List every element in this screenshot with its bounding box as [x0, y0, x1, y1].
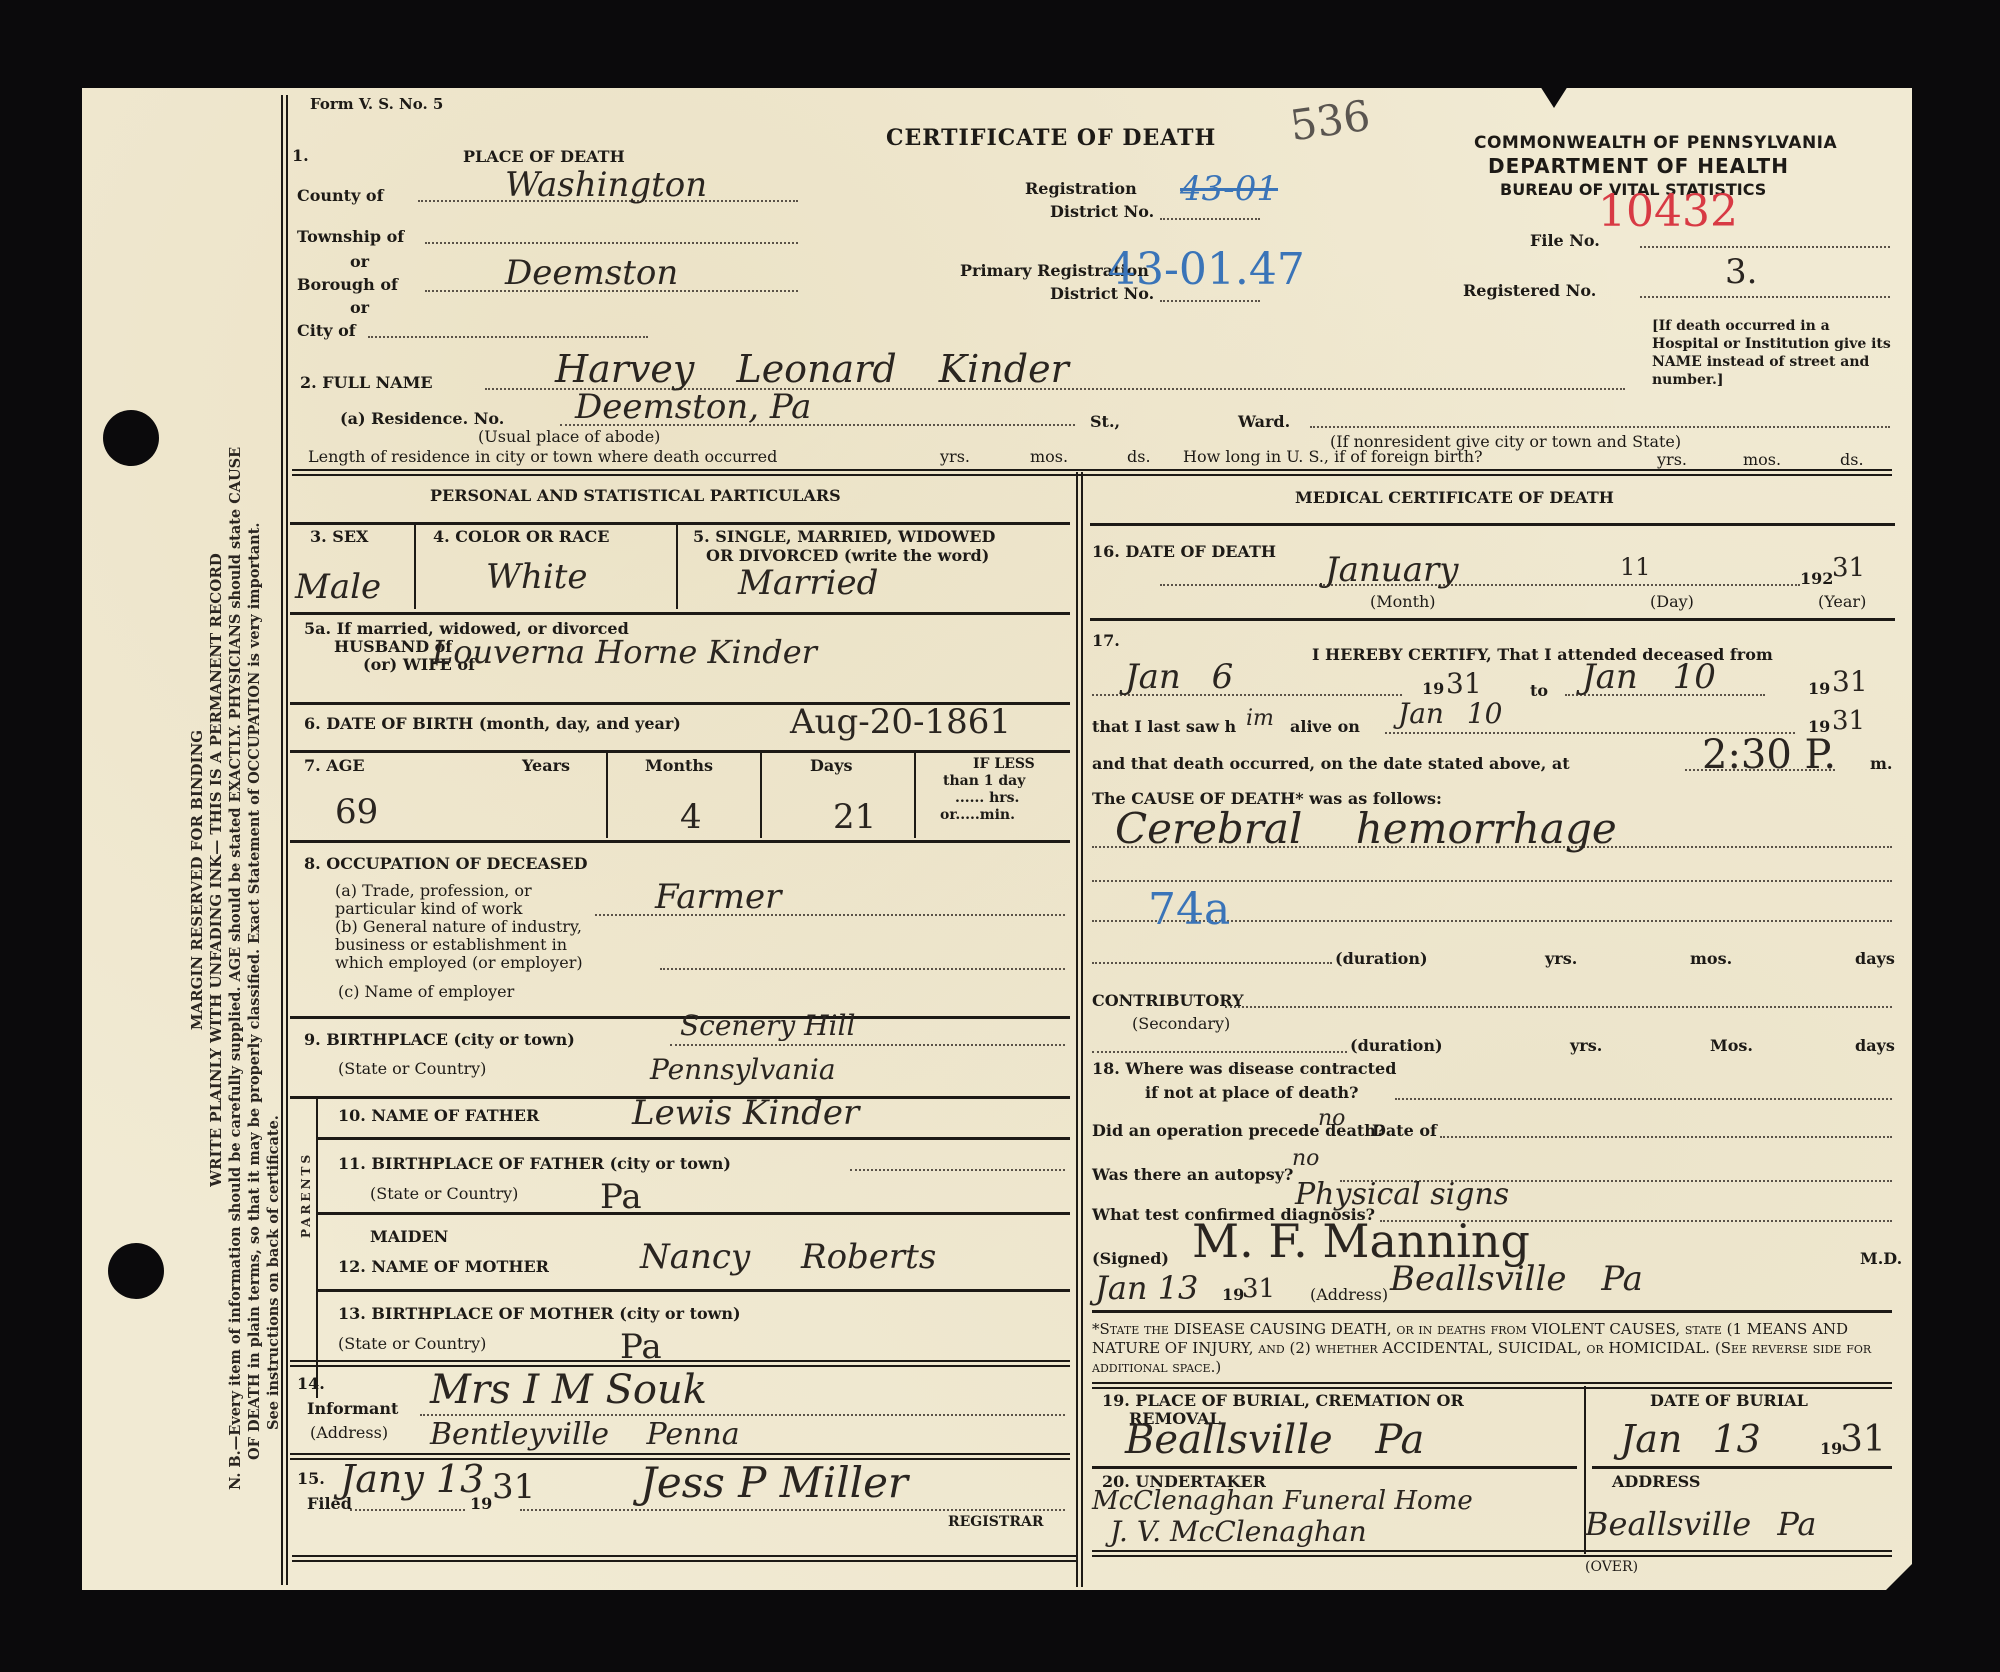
county-label: County of	[297, 187, 383, 205]
birthplace-state-label: (State or Country)	[338, 1060, 486, 1078]
county-value: Washington	[505, 168, 707, 202]
reg-district-label-2: District No.	[1050, 203, 1154, 221]
contributory-label: CONTRIBUTORY	[1092, 992, 1244, 1010]
undertaker-address-label: ADDRESS	[1612, 1473, 1700, 1491]
birthplace-city-value: Scenery Hill	[680, 1012, 855, 1040]
agency-line-1: COMMONWEALTH OF PENNSYLVANIA	[1474, 133, 1837, 153]
borough-value: Deemston	[505, 256, 678, 290]
cause-code: 74a	[1148, 888, 1230, 932]
date-of-death-day: 11	[1620, 555, 1651, 579]
paper-notch	[1540, 86, 1568, 108]
operation-date-field[interactable]	[1440, 1136, 1892, 1138]
city-label: City of	[297, 322, 356, 340]
burial-place-value: Beallsville Pa	[1125, 1420, 1424, 1460]
usual-place-note: (Usual place of abode)	[478, 428, 660, 446]
attended-to-year: 31	[1832, 668, 1868, 696]
duration-label-1: (duration)	[1335, 950, 1428, 968]
ward-field[interactable]	[1310, 426, 1890, 428]
burial-year-prefix: 19	[1820, 1440, 1842, 1458]
occ-b-label-1: (b) General nature of industry,	[335, 918, 582, 936]
reg-district-label-1: Registration	[1025, 180, 1137, 198]
informant-number: 14.	[297, 1375, 325, 1393]
marital-label-1: 5. SINGLE, MARRIED, WIDOWED	[693, 528, 995, 546]
informant-label: Informant	[307, 1400, 398, 1418]
handwritten-page-number: 536	[1287, 95, 1372, 148]
duration-days-label-2: days	[1855, 1037, 1895, 1055]
physician-signature: M. F. Manning	[1192, 1218, 1530, 1264]
age-days-value: 21	[833, 800, 876, 834]
or-label-2: or	[350, 299, 369, 317]
row-rule-12	[318, 1289, 1070, 1292]
marital-value: Married	[738, 566, 878, 600]
race-value: White	[486, 560, 588, 594]
father-birthplace-label: 11. BIRTHPLACE OF FATHER (city or town)	[338, 1155, 731, 1173]
length-of-residence-label: Length of residence in city or town wher…	[308, 448, 777, 466]
undertaker-value-1: McClenaghan Funeral Home	[1092, 1488, 1473, 1514]
father-label: 10. NAME OF FATHER	[338, 1107, 539, 1125]
physician-address: Beallsville Pa	[1390, 1262, 1643, 1296]
township-field[interactable]	[425, 242, 798, 244]
primary-reg-field[interactable]	[1160, 300, 1260, 302]
occ-b-label-2: business or establishment in	[335, 936, 567, 954]
ward-label: Ward.	[1238, 413, 1290, 431]
duration-yrs-label-2: yrs.	[1570, 1037, 1602, 1055]
age-years-divider	[606, 752, 608, 838]
or-label-1: or	[350, 253, 369, 271]
filed-year-prefix: 19	[470, 1495, 492, 1513]
autopsy-label: Was there an autopsy?	[1092, 1166, 1293, 1184]
signed-date: Jan 13	[1095, 1272, 1198, 1304]
day-caption: (Day)	[1650, 593, 1694, 611]
md-label: M.D.	[1860, 1250, 1902, 1268]
registrar-label: REGISTRAR	[948, 1515, 1043, 1530]
contributory-duration-field[interactable]	[1092, 1051, 1347, 1053]
burial-date-value: Jan 13	[1620, 1420, 1761, 1458]
father-birthplace-city-field[interactable]	[850, 1169, 1065, 1171]
row-rule-11	[318, 1212, 1070, 1215]
spouse-value: Louverna Horne Kinder	[432, 636, 817, 668]
autopsy-value: no	[1292, 1148, 1319, 1170]
bottom-right-rule	[1092, 1550, 1892, 1557]
operation-value: no	[1318, 1108, 1345, 1130]
less-label-3: ...... hrs.	[955, 791, 1019, 806]
mother-birthplace-state-label: (State or Country)	[338, 1335, 486, 1353]
signed-year: 31	[1242, 1276, 1275, 1302]
duration-label-2: (duration)	[1350, 1037, 1443, 1055]
father-birthplace-state-label: (State or Country)	[370, 1185, 518, 1203]
race-marital-divider	[676, 522, 678, 609]
informant-address-value: Bentleyville Penna	[430, 1420, 740, 1450]
date-of-death-label: 16. DATE OF DEATH	[1092, 543, 1276, 561]
borough-label: Borough of	[297, 276, 398, 294]
binder-hole-top	[103, 410, 159, 466]
medical-heading: MEDICAL CERTIFICATE OF DEATH	[1295, 489, 1614, 507]
agency-line-2: DEPARTMENT OF HEALTH	[1488, 154, 1789, 178]
full-name-label: 2. FULL NAME	[300, 374, 433, 392]
row-rule-19-right	[1592, 1466, 1892, 1469]
contributory-field[interactable]	[1225, 1006, 1892, 1008]
less-label-1: IF LESS	[973, 757, 1035, 772]
residence-value: Deemston, Pa	[575, 390, 811, 424]
row-rule-16	[1090, 618, 1895, 621]
cause-duration-field[interactable]	[1092, 962, 1332, 964]
binder-hole-bottom	[108, 1243, 164, 1299]
secondary-label: (Secondary)	[1132, 1015, 1230, 1033]
attended-from-year-prefix: 19	[1422, 680, 1444, 698]
informant-field[interactable]	[420, 1414, 1065, 1416]
contracted-field[interactable]	[1395, 1098, 1892, 1100]
burial-year: 31	[1840, 1422, 1886, 1458]
row-rule-signed	[1092, 1310, 1892, 1313]
row-rule-7	[290, 840, 1070, 843]
attended-from-year: 31	[1446, 670, 1482, 698]
form-left-border	[281, 95, 288, 1585]
informant-address-label: (Address)	[310, 1424, 388, 1442]
parents-divider	[316, 1098, 318, 1398]
last-saw-year: 31	[1832, 708, 1865, 734]
burial-place-label-1: 19. PLACE OF BURIAL, CREMATION OR	[1102, 1392, 1464, 1410]
attended-to-label: to	[1530, 682, 1548, 700]
contracted-label-1: 18. Where was disease contracted	[1092, 1060, 1396, 1078]
mother-birthplace-label: 13. BIRTHPLACE OF MOTHER (city or town)	[338, 1305, 741, 1323]
days-label: Days	[810, 757, 853, 775]
father-birthplace-state-value: Pa	[600, 1180, 642, 1214]
residence-label: (a) Residence. No.	[340, 410, 504, 428]
bottom-left-rule	[292, 1555, 1076, 1562]
certificate-title: CERTIFICATE OF DEATH	[886, 126, 1216, 150]
duration-yrs-label-1: yrs.	[1545, 950, 1577, 968]
item-17-number: 17.	[1092, 632, 1120, 650]
duration-mos-label-1: mos.	[1690, 950, 1732, 968]
test-confirmed-value: Physical signs	[1295, 1180, 1509, 1210]
mother-birthplace-state-value: Pa	[620, 1330, 662, 1364]
signed-label: (Signed)	[1092, 1250, 1169, 1268]
sex-race-divider	[414, 522, 416, 609]
row-rule-3	[290, 612, 1070, 615]
attended-to-year-prefix: 19	[1808, 680, 1830, 698]
informant-value: Mrs I M Souk	[430, 1370, 707, 1410]
date-of-death-year: 31	[1832, 555, 1865, 581]
mother-label: 12. NAME OF MOTHER	[338, 1258, 549, 1276]
medical-heading-rule	[1090, 523, 1895, 526]
burial-date-label: DATE OF BURIAL	[1650, 1392, 1808, 1410]
birthplace-city-field[interactable]	[670, 1044, 1065, 1046]
death-time-value: 2:30 P.	[1702, 735, 1836, 775]
death-time-label: and that death occurred, on the date sta…	[1092, 755, 1570, 773]
age-days-divider	[914, 752, 916, 838]
date-of-death-year-prefix: 192	[1800, 570, 1833, 588]
dob-label: 6. DATE OF BIRTH (month, day, and year)	[304, 715, 681, 733]
row-rule-10	[318, 1137, 1070, 1140]
last-saw-date-value: Jan 10	[1398, 700, 1502, 728]
primary-reg-value: 43-01.47	[1108, 248, 1305, 292]
over-label: (OVER)	[1585, 1560, 1638, 1575]
undertaker-value-2: J. V. McClenaghan	[1110, 1518, 1367, 1546]
last-saw-pronoun: im	[1246, 708, 1274, 730]
us-mos-label: mos.	[1743, 451, 1781, 469]
form-number: Form V. S. No. 5	[310, 96, 443, 113]
age-months-divider	[760, 752, 762, 838]
occ-b-label-3: which employed (or employer)	[335, 954, 583, 972]
duration-days-label-1: days	[1855, 950, 1895, 968]
personal-heading: PERSONAL AND STATISTICAL PARTICULARS	[430, 487, 841, 505]
top-section-divider	[292, 469, 1892, 476]
personal-heading-rule	[290, 522, 1070, 525]
occupation-trade-value: Farmer	[655, 880, 781, 914]
years-label: Years	[522, 757, 570, 775]
mother-value: Nancy Roberts	[640, 1240, 936, 1274]
length-mos-label: mos.	[1030, 448, 1068, 466]
age-months-value: 4	[680, 800, 702, 834]
operation-date-of-label: Date of	[1372, 1122, 1437, 1140]
duration-mos-label-2: Mos.	[1710, 1037, 1753, 1055]
row-rule-13	[290, 1360, 1070, 1367]
registrar-signature-field[interactable]	[520, 1509, 1065, 1511]
city-field[interactable]	[368, 336, 648, 338]
cause-of-death-value: Cerebral hemorrhage	[1115, 808, 1617, 850]
filed-date-field[interactable]	[350, 1509, 465, 1511]
file-number-stamp: 10432	[1598, 186, 1738, 237]
registered-no-label: Registered No.	[1463, 282, 1596, 300]
less-label-4: or.....min.	[940, 808, 1015, 823]
cause-line-2[interactable]	[1092, 880, 1892, 882]
how-long-us-label: How long in U. S., if of foreign birth?	[1183, 448, 1483, 466]
contracted-label-2: if not at place of death?	[1145, 1084, 1359, 1102]
year-caption: (Year)	[1818, 593, 1866, 611]
father-value: Lewis Kinder	[632, 1096, 859, 1130]
hospital-note: [If death occurred in a Hospital or Inst…	[1652, 317, 1892, 389]
length-ds-label: ds.	[1127, 448, 1151, 466]
filed-number: 15.	[297, 1470, 325, 1488]
undertaker-address: Beallsville Pa	[1585, 1508, 1816, 1540]
registered-no-value: 3.	[1725, 255, 1757, 289]
margin-write-plainly-note: WRITE PLAINLY WITH UNFADING INK— THIS IS…	[207, 270, 226, 1470]
occ-a-label-1: (a) Trade, profession, or	[335, 882, 532, 900]
month-caption: (Month)	[1370, 593, 1436, 611]
filed-date-value: Jany 13	[340, 1460, 484, 1498]
township-label: Township of	[297, 228, 404, 246]
age-label: 7. AGE	[304, 757, 365, 775]
place-of-death-heading: PLACE OF DEATH	[463, 148, 625, 166]
date-of-death-month: January	[1325, 553, 1458, 587]
marital-label-2: OR DIVORCED (write the word)	[706, 547, 989, 565]
length-yrs-label: yrs.	[940, 448, 970, 466]
us-yrs-label: yrs.	[1657, 451, 1687, 469]
alive-on-label: alive on	[1290, 718, 1360, 736]
row-rule-6	[290, 750, 1070, 753]
attended-to-value: Jan 10	[1582, 660, 1716, 694]
birthplace-state-value: Pennsylvania	[650, 1056, 836, 1084]
physician-address-label: (Address)	[1310, 1286, 1388, 1304]
us-ds-label: ds.	[1840, 451, 1864, 469]
row-rule-footnote	[1092, 1382, 1892, 1389]
months-label: Months	[645, 757, 713, 775]
item-1-number: 1.	[292, 147, 309, 165]
m-label: m.	[1870, 755, 1893, 773]
less-label-2: than 1 day	[943, 774, 1025, 789]
dob-value: Aug-20-1861	[790, 705, 1011, 739]
file-no-label: File No.	[1530, 232, 1600, 250]
occ-c-label: (c) Name of employer	[338, 983, 514, 1001]
margin-binding-note: MARGIN RESERVED FOR BINDING	[188, 430, 207, 1330]
street-label: St.,	[1090, 413, 1120, 431]
occupation-industry-field[interactable]	[660, 968, 1065, 970]
filed-year-value: 31	[492, 1470, 535, 1504]
age-years-value: 69	[335, 795, 378, 829]
birthplace-label: 9. BIRTHPLACE (city or town)	[304, 1031, 575, 1049]
cause-footnote: *State the DISEASE CAUSING DEATH, or in …	[1092, 1320, 1892, 1377]
registered-no-field[interactable]	[1640, 296, 1890, 298]
sex-value: Male	[295, 570, 381, 604]
occ-a-label-2: particular kind of work	[335, 900, 522, 918]
date-of-death-field[interactable]	[1160, 584, 1800, 586]
registrar-signature: Jess P Miller	[640, 1462, 908, 1504]
attended-from-value: Jan 6	[1125, 660, 1233, 694]
row-rule-19-left	[1092, 1466, 1577, 1469]
file-no-field[interactable]	[1640, 246, 1890, 248]
column-divider	[1076, 472, 1083, 1587]
maiden-label: MAIDEN	[370, 1228, 448, 1246]
reg-district-field[interactable]	[1160, 218, 1260, 220]
signed-year-prefix: 19	[1222, 1286, 1244, 1304]
margin-nb-note: N. B.—Every item of information should b…	[226, 110, 283, 1490]
full-name-value: Harvey Leonard Kinder	[555, 350, 1069, 388]
reg-district-value: 43-01	[1180, 172, 1278, 206]
occupation-label: 8. OCCUPATION OF DECEASED	[304, 855, 587, 873]
sex-label: 3. SEX	[310, 528, 368, 546]
last-saw-label: that I last saw h	[1092, 718, 1236, 736]
race-label: 4. COLOR OR RACE	[433, 528, 609, 546]
parents-label: PARENTS	[297, 1152, 316, 1238]
